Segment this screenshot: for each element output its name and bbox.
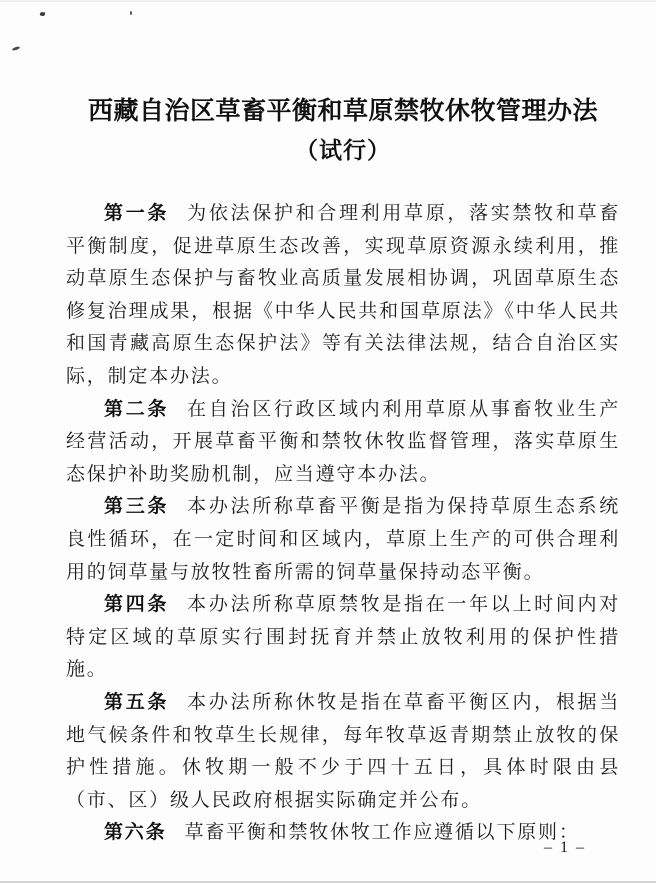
scan-speck <box>40 11 46 16</box>
article-text: 为依法保护和合理利用草原，落实禁牧和草畜平衡制度，促进草原生态改善，实现草原资源… <box>66 203 620 387</box>
document-body: 第一条为依法保护和合理利用草原，落实禁牧和草畜平衡制度，促进草原生态改善，实现草… <box>66 198 620 850</box>
article-label: 第一条 <box>104 203 169 224</box>
article-paragraph-1: 第一条为依法保护和合理利用草原，落实禁牧和草畜平衡制度，促进草原生态改善，实现草… <box>66 198 620 394</box>
article-label: 第二条 <box>104 399 169 420</box>
article-paragraph-6: 第六条草畜平衡和禁牧休牧工作应遵循以下原则： <box>66 817 620 850</box>
document-title: 西藏自治区草畜平衡和草原禁牧休牧管理办法 <box>66 92 620 132</box>
article-label: 第三条 <box>104 496 169 517</box>
article-label: 第五条 <box>104 692 169 713</box>
article-label: 第四条 <box>104 594 169 615</box>
article-label: 第六条 <box>104 822 166 843</box>
page-number: – 1 – <box>544 839 586 857</box>
article-paragraph-2: 第二条在自治区行政区域内利用草原从事畜牧业生产经营活动，开展草畜平衡和禁牧休牧监… <box>66 394 620 492</box>
scan-speck <box>130 11 132 15</box>
scanned-document-page: 西藏自治区草畜平衡和草原禁牧休牧管理办法 （试行） 第一条为依法保护和合理利用草… <box>0 0 656 883</box>
article-paragraph-4: 第四条本办法所称草原禁牧是指在一年以上时间内对特定区域的草原实行围封抚育并禁止放… <box>66 589 620 687</box>
article-text: 草畜平衡和禁牧休牧工作应遵循以下原则： <box>184 822 579 843</box>
scan-speck <box>12 46 21 51</box>
title-block: 西藏自治区草畜平衡和草原禁牧休牧管理办法 （试行） <box>66 2 620 170</box>
document-subtitle: （试行） <box>66 132 620 170</box>
article-paragraph-3: 第三条本办法所称草畜平衡是指为保持草原生态系统良性循环，在一定时间和区域内，草原… <box>66 491 620 589</box>
article-paragraph-5: 第五条本办法所称休牧是指在草畜平衡区内，根据当地气候条件和牧草生长规律，每年牧草… <box>66 687 620 817</box>
